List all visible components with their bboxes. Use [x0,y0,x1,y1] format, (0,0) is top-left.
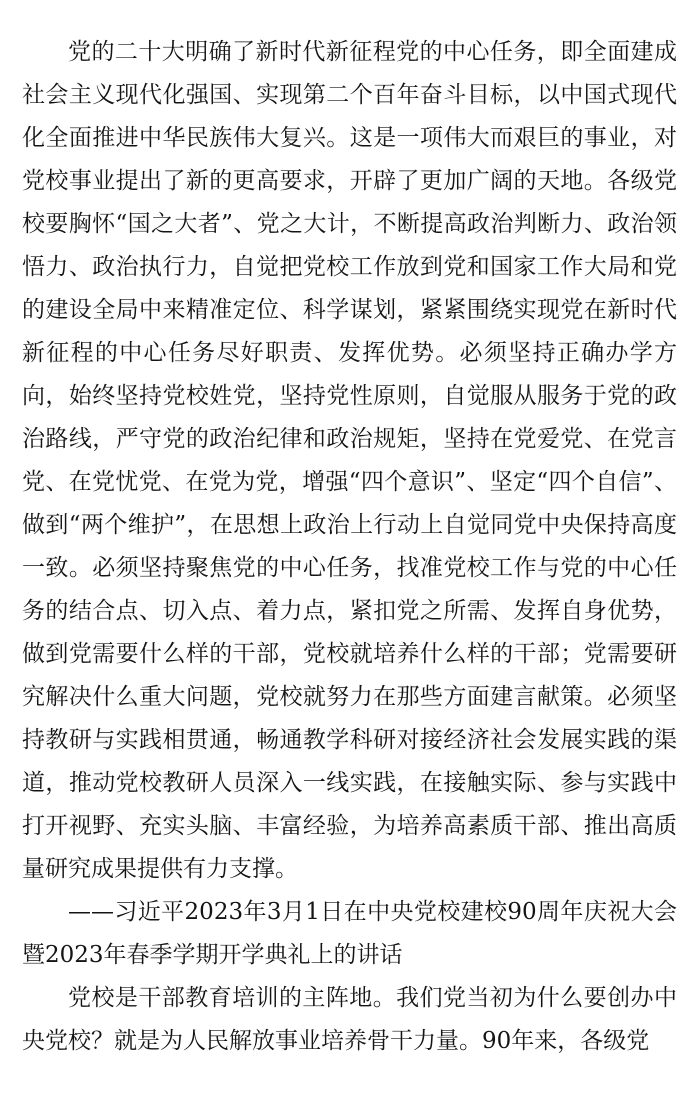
paragraph-body-1: 党的二十大明确了新时代新征程党的中心任务，即全面建成社会主义现代化强国、实现第二… [22,31,677,891]
paragraph-attribution: ——习近平2023年3月1日在中央党校建校90周年庆祝大会暨2023年春季学期开… [22,891,677,977]
document-page: 党的二十大明确了新时代新征程党的中心任务，即全面建成社会主义现代化强国、实现第二… [0,0,691,1096]
paragraph-body-2: 党校是干部教育培训的主阵地。我们党当初为什么要创办中央党校？就是为人民解放事业培… [22,977,677,1063]
